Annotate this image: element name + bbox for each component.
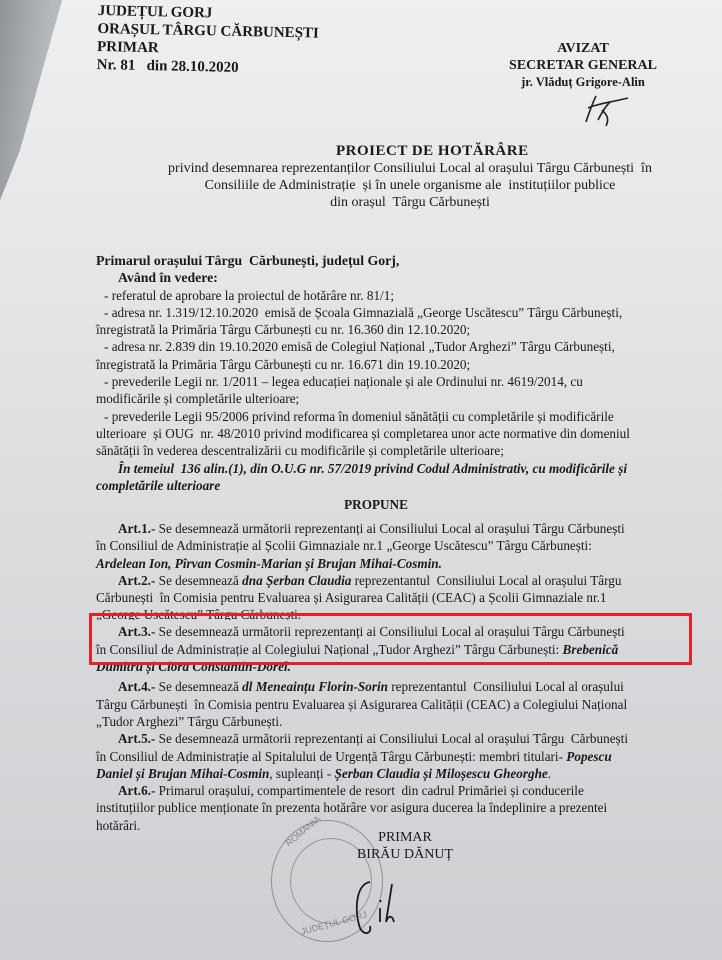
preamble-line: modificările și completările ulterioare; xyxy=(96,390,696,407)
article-names: dna Șerban Claudia xyxy=(242,573,351,588)
proposes-heading: PROPUNE xyxy=(96,496,696,513)
preamble: Primarul orașului Târgu Cărbunești, jude… xyxy=(96,252,696,513)
author-line: Primarul orașului Târgu Cărbunești, jude… xyxy=(96,252,696,269)
preamble-line: - referatul de aprobare la proiectul de … xyxy=(96,287,696,304)
signature-name: BIRĂU DĂNUȚ xyxy=(340,846,470,863)
legal-basis-line: În temeiul 136 alin.(1), din O.U.G nr. 5… xyxy=(96,460,696,477)
subtitle-line: privind desemnarea reprezentanților Cons… xyxy=(140,160,680,177)
article-6: Art.6.- Primarul orașului, compartimente… xyxy=(96,782,696,799)
article-text: în Consiliul de Administrație al Școlii … xyxy=(96,537,696,554)
article-label: Art.5.- xyxy=(118,731,155,746)
document-title: PROIECT DE HOTĂRÂRE xyxy=(336,143,529,160)
article-label: Art.1.- xyxy=(118,521,155,536)
approval-role: SECRETAR GENERAL xyxy=(498,57,668,74)
article-label: Art.4.- xyxy=(118,679,155,694)
article-names: Șerban Claudia și Miloșescu Gheorghe xyxy=(335,766,548,781)
highlight-box xyxy=(89,613,692,665)
article-1: Art.1.- Se desemnează următorii reprezen… xyxy=(96,520,696,537)
secretary-signature xyxy=(576,92,632,128)
article-text: „Tudor Arghezi” Târgu Cărbunești. xyxy=(96,713,696,730)
preamble-line: - adresa nr. 2.839 din 19.10.2020 emisă … xyxy=(96,338,696,355)
mayor-signature xyxy=(350,870,410,940)
preamble-line: sănătății în vederea descentralizării cu… xyxy=(96,442,696,459)
article-text: Daniel și Brujan Mihai-Cosmin, supleanți… xyxy=(96,765,696,782)
subtitle-line: Consiliile de Administrație și în unele … xyxy=(140,177,680,194)
legal-basis-line: completările ulterioare xyxy=(96,477,696,494)
article-5: Art.5.- Se desemnează următorii reprezen… xyxy=(96,730,696,747)
article-names: dl Meneaințu Florin-Sorin xyxy=(242,679,388,694)
article-text: Târgu Cărbunești în Comisia pentru Evalu… xyxy=(96,696,696,713)
subtitle-line: din orașul Târgu Cărbunești xyxy=(140,194,680,211)
approval-label: AVIZAT xyxy=(498,40,668,57)
approval-block: AVIZAT SECRETAR GENERAL jr. Vlăduț Grigo… xyxy=(498,40,668,91)
article-text: instituțiilor publice menționate în prez… xyxy=(96,799,696,816)
article-text: în Consiliul de Administrație al Spitalu… xyxy=(96,748,696,765)
approval-name: jr. Vlăduț Grigore-Alin xyxy=(498,74,668,91)
preamble-line: înregistrată la Primăria Târgu Cărbuneșt… xyxy=(96,321,696,338)
article-4: Art.4.- Se desemnează dl Meneaințu Flori… xyxy=(96,678,696,695)
article-2: Art.2.- Se desemnează dna Șerban Claudia… xyxy=(96,572,696,589)
document-header: JUDEȚUL GORJ ORAȘUL TÂRGU CĂRBUNEȘTI PRI… xyxy=(96,2,319,79)
articles: Art.1.- Se desemnează următorii reprezen… xyxy=(96,520,696,834)
having-regard: Având în vedere: xyxy=(96,269,696,286)
article-label: Art.2.- xyxy=(118,573,155,588)
preamble-line: înregistrată la Primăria Târgu Cărbuneșt… xyxy=(96,356,696,373)
article-names: Ardelean Ion, Pîrvan Cosmin-Marian și Br… xyxy=(96,555,696,572)
article-text: Cărbunești în Comisia pentru Evaluarea ș… xyxy=(96,589,696,606)
signature-role: PRIMAR xyxy=(340,829,470,846)
signature-block: PRIMAR BIRĂU DĂNUȚ xyxy=(340,829,470,863)
preamble-line: - adresa nr. 1.319/12.10.2020 emisă de Ș… xyxy=(96,304,696,321)
article-names: Daniel și Brujan Mihai-Cosmin xyxy=(96,766,269,781)
document-subtitle: privind desemnarea reprezentanților Cons… xyxy=(140,160,680,211)
article-label: Art.6.- xyxy=(118,783,155,798)
preamble-line: - prevederile Legii nr. 1/2011 – legea e… xyxy=(96,373,696,390)
preamble-line: ulterioare și OUG nr. 48/2010 privind mo… xyxy=(96,425,696,442)
preamble-line: - prevederile Legii 95/2006 privind refo… xyxy=(96,408,696,425)
article-names: Popescu xyxy=(566,749,611,764)
